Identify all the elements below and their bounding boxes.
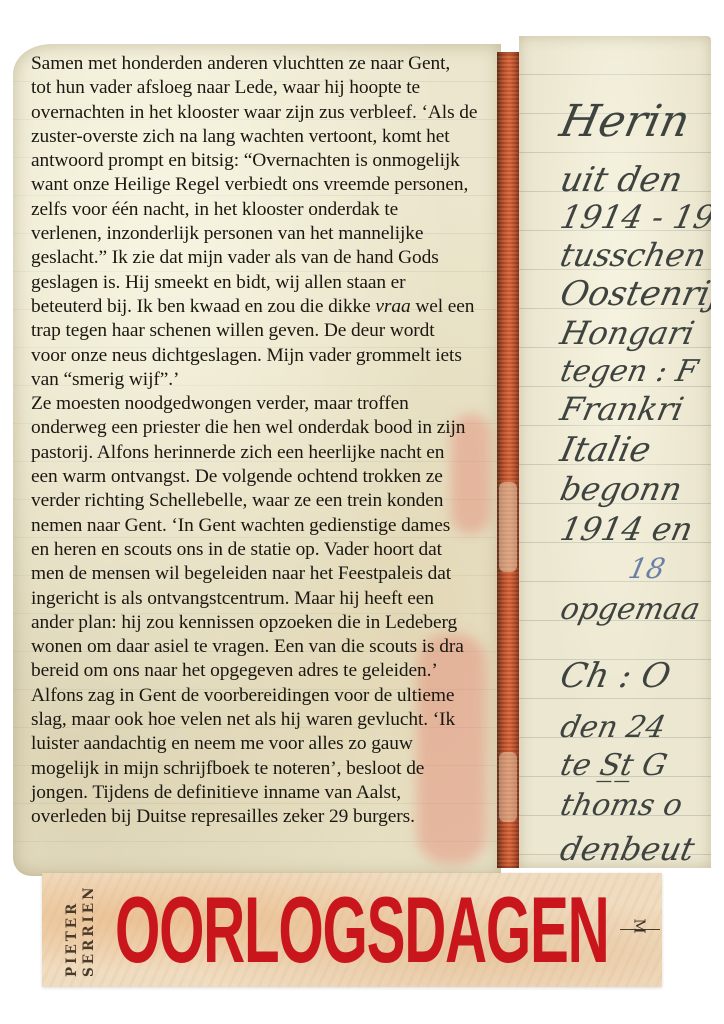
handwritten-line: denbeut (557, 830, 698, 868)
text-line: men de mensen wil begeleiden naar het Fe… (31, 562, 501, 586)
book-title: OORLOGSDAGEN (115, 873, 608, 987)
handwritten-line: Herin (556, 96, 695, 147)
text-line: overnachten in het klooster waar zijn zu… (31, 101, 501, 125)
text-line: luister aandachtig en neem me voor alles… (31, 732, 501, 756)
italic-word: vraa (375, 296, 410, 317)
handwritten-line: 1914 en (557, 510, 696, 548)
text-line: geslagen is. Hij smeekt en bidt, wij all… (31, 271, 501, 295)
torn-paper-strip (499, 752, 517, 822)
text-line: bereid om ons naar het opgegeven adres t… (31, 659, 501, 683)
text-line: ingericht is als ontvangstcentrum. Maar … (31, 587, 501, 611)
text-line: zelfs voor één nacht, in het klooster on… (31, 198, 501, 222)
handwritten-line: Frankri (557, 390, 687, 428)
text-line: geslacht.” Ik zie dat mijn vader als van… (31, 246, 501, 270)
text-line: Alfons zag in Gent de voorbereidingen vo… (31, 684, 501, 708)
book-spine-binding (497, 52, 519, 868)
text-line: jongen. Tijdens de definitieve inname va… (31, 781, 501, 805)
text-line: beteuterd bij. Ik ben kwaad en zou die d… (31, 295, 501, 319)
text-line: zuster-overste zich na lang wachten vert… (31, 125, 501, 149)
text-line: slag, maar ook hoe velen net als hij war… (31, 708, 501, 732)
handwritten-line: uit den (557, 160, 687, 200)
text-line: verder richting Schellebelle, waar ze ee… (31, 489, 501, 513)
text-line: overleden bij Duitse represailles zeker … (31, 805, 501, 829)
text-line: onderweg een priester die hen wel onderd… (31, 416, 501, 440)
handwritten-line: Oostenrij (557, 274, 711, 314)
author-last-name: SERRIEN (81, 885, 97, 977)
text-line: Samen met honderden anderen vluchtten ze… (31, 52, 501, 76)
handwritten-line: den 24 (557, 710, 668, 745)
handwritten-line: thoms o (557, 788, 685, 823)
text-line: mogelijk in mijn schrijfboek te noteren’… (31, 757, 501, 781)
text-line: ander plan: hij zou kennissen opzoeken d… (31, 611, 501, 635)
handwritten-line: 18 (625, 552, 668, 585)
text-line: wonen om daar asiel te vragen. Een van d… (31, 635, 501, 659)
handwritten-line: Italie (557, 430, 655, 470)
publisher-mark: M (631, 918, 649, 933)
handwritten-line: Ch : O (557, 656, 674, 696)
excerpt-text: Samen met honderden anderen vluchtten ze… (31, 52, 501, 830)
text-line: verlenen, inzonderlijk personen van het … (31, 222, 501, 246)
handwritten-line: te S̲t̲ G (557, 748, 670, 783)
handwritten-line: tegen : F (557, 354, 701, 389)
text-line: trap tegen haar schenen willen geven. De… (31, 319, 501, 343)
text-line: Ze moesten noodgedwongen verder, maar tr… (31, 392, 501, 416)
handwritten-line: opgemaa (557, 592, 703, 627)
torn-paper-strip (499, 482, 517, 572)
text-line: voor onze neus dichtgeslagen. Mijn vader… (31, 344, 501, 368)
author-first-name: PIETER (64, 901, 80, 977)
text-line: nemen naar Gent. ‘In Gent wachten gedien… (31, 514, 501, 538)
publisher-logo: M (620, 921, 660, 937)
text-line: een warm ontvangst. De volgende ochtend … (31, 465, 501, 489)
title-banner: PIETER SERRIEN OORLOGSDAGEN M (42, 873, 662, 987)
right-handwritten-page: Herinuit den1914 - 19tusschenOostenrijHo… (519, 36, 711, 868)
text-line: pastorij. Alfons herinnerde zich een hee… (31, 441, 501, 465)
text-line: want onze Heilige Regel verbiedt ons vre… (31, 173, 501, 197)
text-line: en heren en scouts ons in de statie op. … (31, 538, 501, 562)
handwritten-line: 1914 - 19 (557, 198, 711, 236)
text-line: tot hun vader afsloeg naar Lede, waar hi… (31, 76, 501, 100)
text-line: antwoord prompt en bitsig: “Overnachten … (31, 149, 501, 173)
author-name: PIETER SERRIEN (64, 885, 98, 977)
handwritten-line: tusschen (557, 236, 709, 274)
handwritten-line: Hongari (557, 314, 698, 352)
text-line: van “smerig wijf”.’ (31, 368, 501, 392)
handwritten-line: begonn (557, 470, 685, 508)
